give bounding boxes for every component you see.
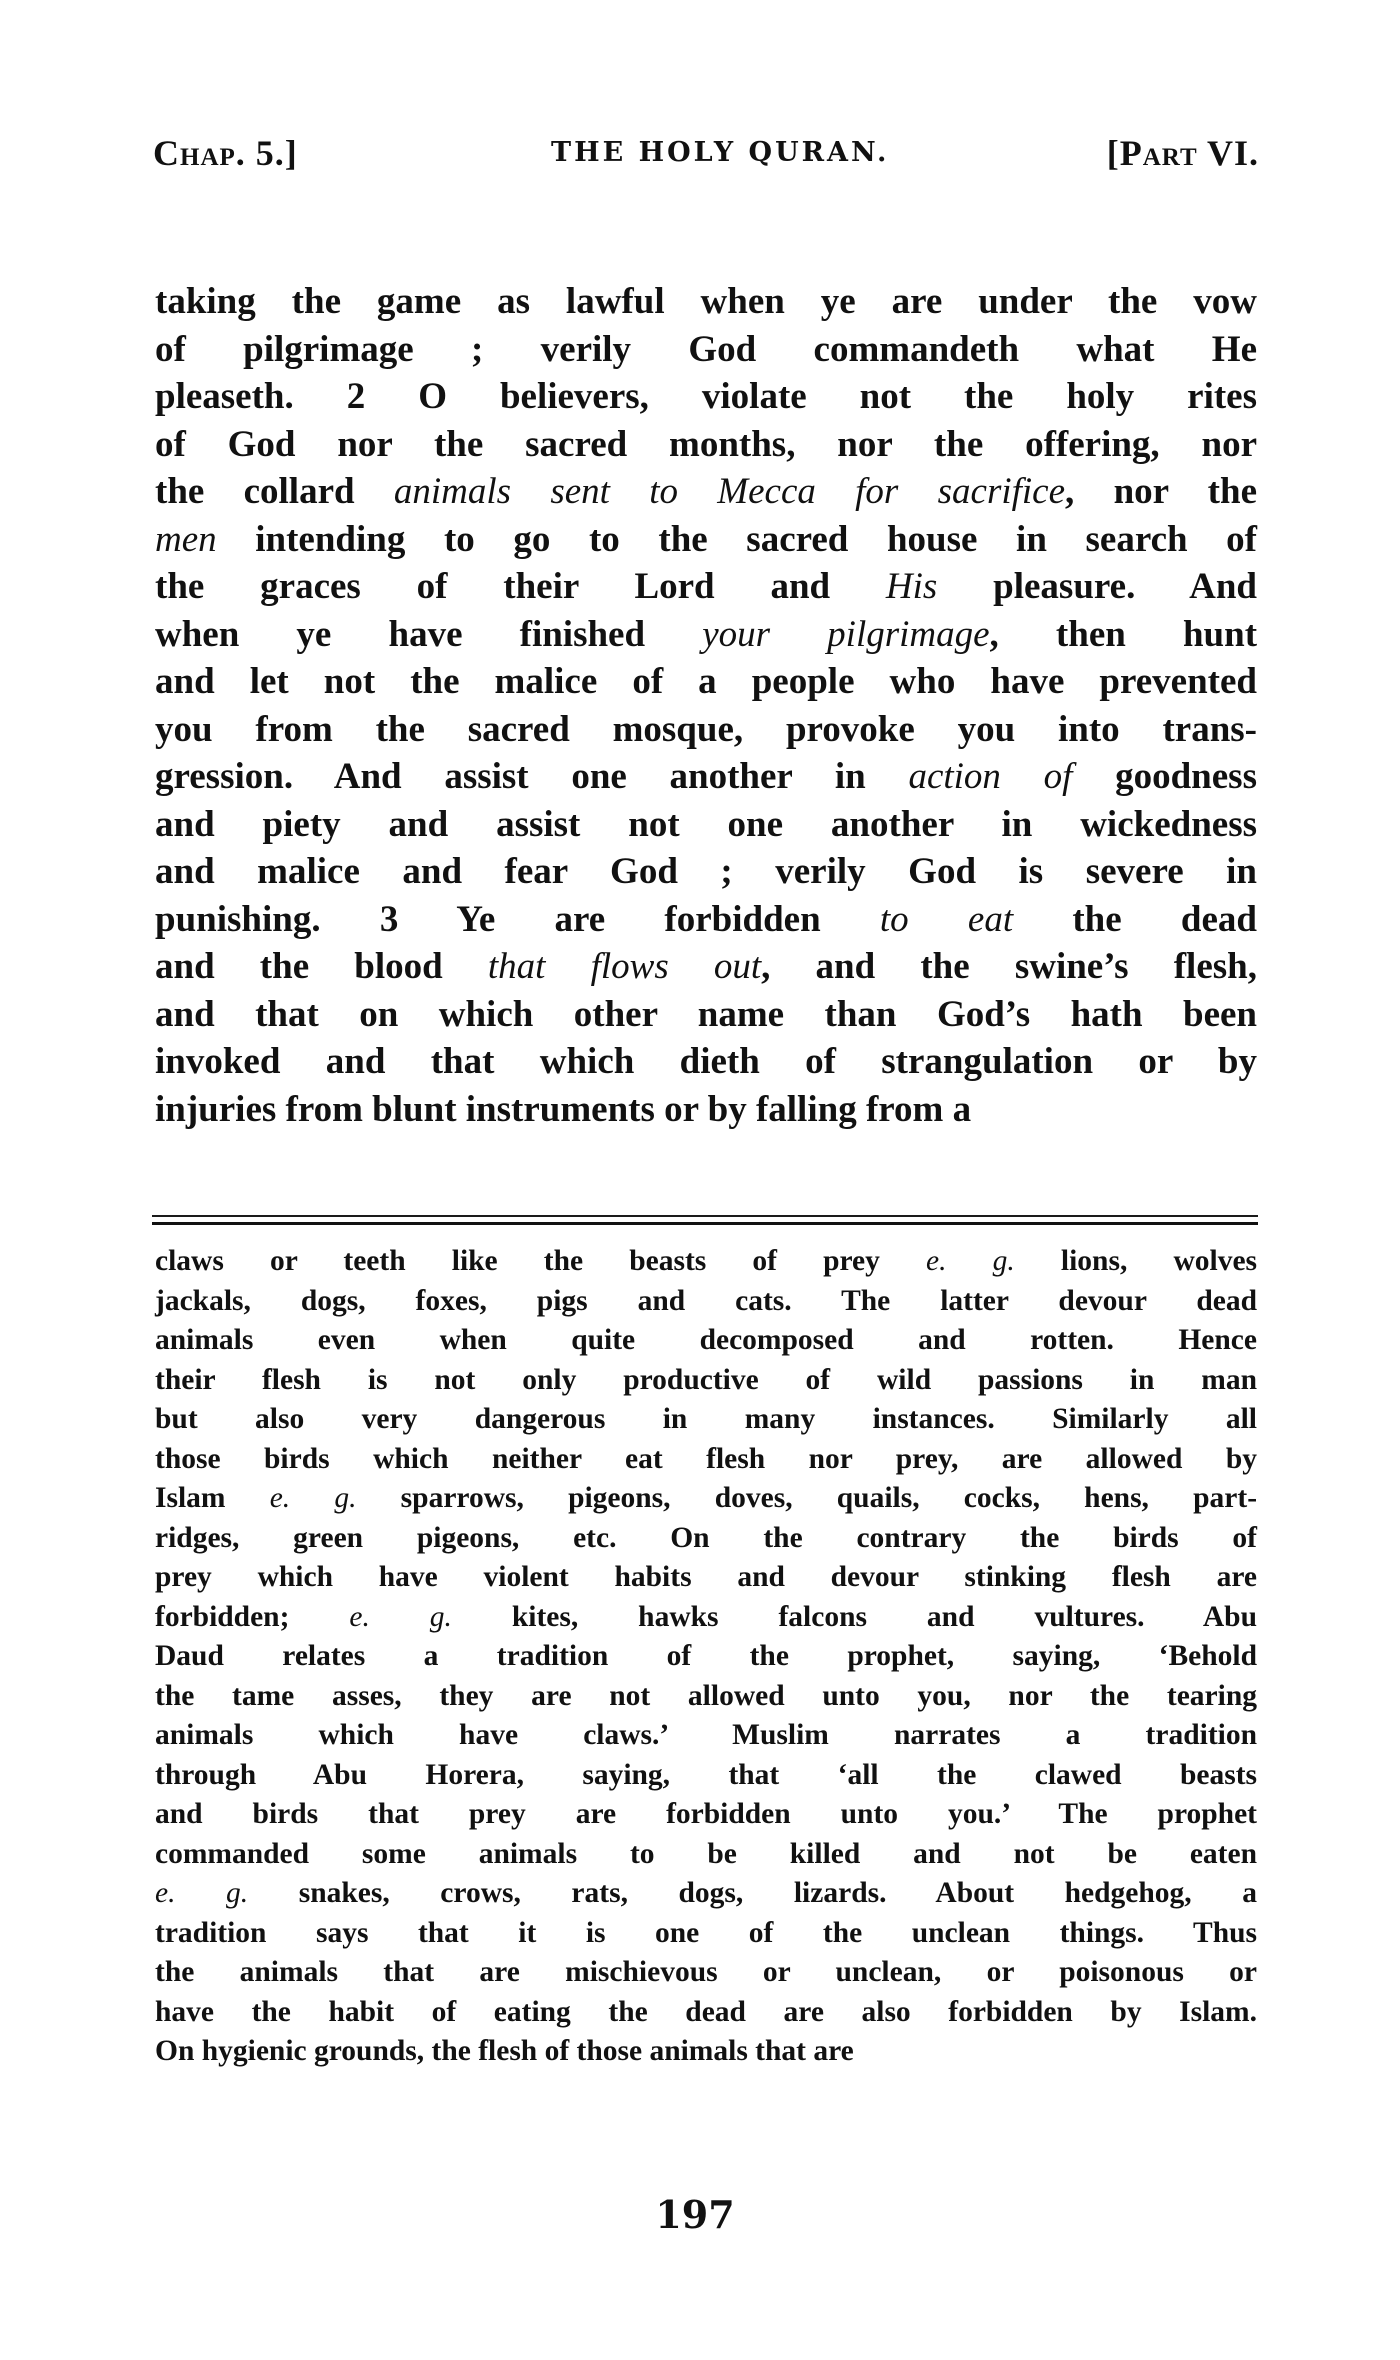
text-segment: and that on which other name than God’s … [155, 994, 1257, 1035]
body-line: the graces of their Lord and His pleasur… [155, 563, 1257, 611]
body-line: invoked and that which dieth of strangul… [155, 1038, 1257, 1086]
footnote-line: animals which have claws.’ Muslim narrat… [155, 1716, 1257, 1756]
text-segment: , and the swine’s flesh, [761, 946, 1257, 987]
separator-rule-top [152, 1215, 1258, 1217]
footnote-line: their flesh is not only productive of wi… [155, 1361, 1257, 1401]
text-segment: ridges, green pigeons, etc. On the contr… [155, 1522, 1257, 1554]
text-segment: gression. And assist one another in [155, 756, 908, 797]
italic-text: to eat [880, 899, 1013, 940]
body-line: you from the sacred mosque, provoke you … [155, 706, 1257, 754]
footnote-line: tradition says that it is one of the unc… [155, 1914, 1257, 1954]
text-segment: goodness [1072, 756, 1257, 797]
text-segment: tradition says that it is one of the unc… [155, 1917, 1257, 1949]
body-line: of pilgrimage ; verily God commandeth wh… [155, 326, 1257, 374]
footnote-line: ridges, green pigeons, etc. On the contr… [155, 1519, 1257, 1559]
italic-text: e. g. [349, 1601, 452, 1633]
body-line: and that on which other name than God’s … [155, 991, 1257, 1039]
text-segment: commanded some animals to be killed and … [155, 1838, 1257, 1870]
text-segment: the animals that are mischievous or uncl… [155, 1956, 1257, 1988]
text-segment: claws or teeth like the beasts of prey [155, 1245, 926, 1277]
main-text: taking the game as lawful when ye are un… [155, 278, 1257, 1133]
text-segment: animals even when quite decomposed and r… [155, 1324, 1257, 1356]
text-segment: and birds that prey are forbidden unto y… [155, 1798, 1257, 1830]
text-segment: but also very dangerous in many instance… [155, 1403, 1257, 1435]
body-line: and malice and fear God ; verily God is … [155, 848, 1257, 896]
text-segment: those birds which neither eat flesh nor … [155, 1443, 1257, 1475]
text-segment: the graces of their Lord and [155, 566, 886, 607]
italic-text: animals sent to Mecca for sacrifice [394, 471, 1065, 512]
text-segment: intending to go to the sacred house in s… [217, 519, 1257, 560]
body-line: gression. And assist one another in acti… [155, 753, 1257, 801]
body-line: taking the game as lawful when ye are un… [155, 278, 1257, 326]
text-segment: the dead [1013, 899, 1257, 940]
text-segment: forbidden; [155, 1601, 349, 1633]
body-line: and let not the malice of a people who h… [155, 658, 1257, 706]
text-segment: pleaseth. 2 O believers, violate not the… [155, 376, 1257, 417]
footnote-line: and birds that prey are forbidden unto y… [155, 1795, 1257, 1835]
text-segment: of pilgrimage ; verily God commandeth wh… [155, 329, 1257, 370]
body-line: the collard animals sent to Mecca for sa… [155, 468, 1257, 516]
body-line: and the blood that flows out, and the sw… [155, 943, 1257, 991]
text-segment: kites, hawks falcons and vultures. Abu [452, 1601, 1257, 1633]
body-line: when ye have finished your pilgrimage, t… [155, 611, 1257, 659]
italic-text: e. g. [155, 1877, 248, 1909]
text-segment: and the blood [155, 946, 488, 987]
text-segment: and piety and assist not one another in … [155, 804, 1257, 845]
footnote-line: but also very dangerous in many instance… [155, 1400, 1257, 1440]
italic-text: e. g. [270, 1482, 357, 1514]
text-segment: you from the sacred mosque, provoke you … [155, 709, 1257, 750]
text-segment: the collard [155, 471, 394, 512]
body-line: punishing. 3 Ye are forbidden to eat the… [155, 896, 1257, 944]
text-segment: prey which have violent habits and devou… [155, 1561, 1257, 1593]
text-segment: injuries from blunt instruments or by fa… [155, 1089, 971, 1130]
text-segment: Daud relates a tradition of the prophet,… [155, 1640, 1257, 1672]
text-segment: when ye have finished [155, 614, 702, 655]
footnote-line: On hygienic grounds, the flesh of those … [155, 2032, 1257, 2072]
italic-text: action of [908, 756, 1072, 797]
running-header: Chap. 5.] THE HOLY QURAN. [Part VI. [153, 128, 1259, 178]
text-segment: jackals, dogs, foxes, pigs and cats. The… [155, 1285, 1257, 1317]
footnote-line: commanded some animals to be killed and … [155, 1835, 1257, 1875]
text-segment: taking the game as lawful when ye are un… [155, 281, 1257, 322]
italic-text: e. g. [926, 1245, 1015, 1277]
text-segment: their flesh is not only productive of wi… [155, 1364, 1257, 1396]
footnote-line: forbidden; e. g. kites, hawks falcons an… [155, 1598, 1257, 1638]
text-segment: lions, wolves [1015, 1245, 1257, 1277]
text-segment: animals which have claws.’ Muslim narrat… [155, 1719, 1257, 1751]
part-label: [Part VI. [1107, 128, 1259, 178]
italic-text: your pilgrimage [702, 614, 989, 655]
text-segment: sparrows, pigeons, doves, quails, cocks,… [356, 1482, 1257, 1514]
footnote-line: Daud relates a tradition of the prophet,… [155, 1637, 1257, 1677]
text-segment: punishing. 3 Ye are forbidden [155, 899, 880, 940]
footnote-line: jackals, dogs, foxes, pigs and cats. The… [155, 1282, 1257, 1322]
footnote-line: the tame asses, they are not allowed unt… [155, 1677, 1257, 1717]
book-page: Chap. 5.] THE HOLY QURAN. [Part VI. taki… [0, 0, 1400, 2360]
text-segment: the tame asses, they are not allowed unt… [155, 1680, 1257, 1712]
footnote: claws or teeth like the beasts of prey e… [155, 1242, 1257, 2072]
chapter-label: Chap. 5.] [153, 128, 298, 178]
text-segment: and malice and fear God ; verily God is … [155, 851, 1257, 892]
body-line: of God nor the sacred months, nor the of… [155, 421, 1257, 469]
body-line: men intending to go to the sacred house … [155, 516, 1257, 564]
text-segment: invoked and that which dieth of strangul… [155, 1041, 1257, 1082]
footnote-line: animals even when quite decomposed and r… [155, 1321, 1257, 1361]
body-line: and piety and assist not one another in … [155, 801, 1257, 849]
text-segment: snakes, crows, rats, dogs, lizards. Abou… [248, 1877, 1257, 1909]
book-title: THE HOLY QURAN. [551, 128, 889, 178]
footnote-line: Islam e. g. sparrows, pigeons, doves, qu… [155, 1479, 1257, 1519]
text-segment: , nor the [1065, 471, 1257, 512]
separator-rule-bottom [152, 1222, 1258, 1225]
text-segment: Islam [155, 1482, 270, 1514]
footnote-line: those birds which neither eat flesh nor … [155, 1440, 1257, 1480]
body-line: injuries from blunt instruments or by fa… [155, 1086, 1257, 1134]
footnote-line: the animals that are mischievous or uncl… [155, 1953, 1257, 1993]
text-segment: through Abu Horera, saying, that ‘all th… [155, 1759, 1257, 1791]
text-segment: On hygienic grounds, the flesh of those … [155, 2035, 854, 2067]
italic-text: men [155, 519, 217, 560]
footnote-line: claws or teeth like the beasts of prey e… [155, 1242, 1257, 1282]
footnote-line: through Abu Horera, saying, that ‘all th… [155, 1756, 1257, 1796]
body-line: pleaseth. 2 O believers, violate not the… [155, 373, 1257, 421]
footnote-line: e. g. snakes, crows, rats, dogs, lizards… [155, 1874, 1257, 1914]
footnote-line: prey which have violent habits and devou… [155, 1558, 1257, 1598]
text-segment: of God nor the sacred months, nor the of… [155, 424, 1257, 465]
text-segment: , then hunt [990, 614, 1257, 655]
footnote-line: have the habit of eating the dead are al… [155, 1993, 1257, 2033]
italic-text: that flows out [488, 946, 761, 987]
footnote-separator [152, 1215, 1258, 1226]
text-segment: pleasure. And [937, 566, 1257, 607]
text-segment: and let not the malice of a people who h… [155, 661, 1257, 702]
page-number: 197 [640, 2190, 750, 2240]
text-segment: have the habit of eating the dead are al… [155, 1996, 1257, 2028]
italic-text: His [886, 566, 937, 607]
